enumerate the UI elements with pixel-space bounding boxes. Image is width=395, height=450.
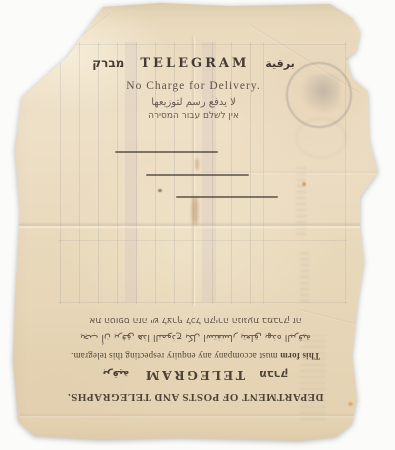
title-hebrew: מברק [92,56,124,70]
no-charge-arabic: لا يدفع رسم لتوزيعها [0,97,387,108]
form-header: מברק TELEGRAM برقية No Charge for Delive… [0,56,387,121]
enquiry-note-english-rest: must accompany any enquiry respecting th… [71,351,280,361]
writing-line [176,196,278,198]
showthrough-row-line [58,302,347,303]
ink-speck [158,189,162,192]
showthrough-row-line [58,44,347,45]
enquiry-note-hebrew: את הטופס הזה יש לצרף לכל חקירה הנוגעת במ… [28,315,363,325]
postmark-smudge [296,118,346,158]
showthrough-text-smudge [300,250,309,302]
department-line: DEPARTMENT OF POSTS AND TELEGRAPHS. [28,391,363,403]
writing-line [115,151,218,153]
title-row: מברק TELEGRAM برقية [0,56,387,71]
writing-line [146,174,249,176]
paper-shadow-wrap: מברק TELEGRAM برقية No Charge for Delive… [0,0,395,450]
minor-crease [20,413,375,418]
footer-title-hebrew: מברק [259,369,288,382]
scanned-telegram-form: מברק TELEGRAM برقية No Charge for Delive… [0,0,395,450]
no-charge-hebrew: אין לשלם עבור המסירה [0,111,387,121]
enquiry-note-english-lead: This form [280,351,320,361]
inverted-footer: DEPARTMENT OF POSTS AND TELEGRAPHS. מברק… [28,315,363,403]
stain-speck [302,182,306,186]
showthrough-row-line [58,240,347,241]
footer-title-row: מברק TELEGRAM برقية [28,369,363,384]
footer-title-english: TELEGRAM [143,369,245,384]
rust-stain [195,158,199,170]
footer-title-arabic: برقية [103,369,130,380]
title-arabic: برقية [265,57,294,70]
rust-stain [192,196,198,226]
title-english: TELEGRAM [140,56,249,71]
no-charge-english: No Charge for Delivery. [0,80,387,92]
enquiry-note-arabic: يجب أن يرفق هذا النموذج بكل استفسار يتعل… [28,333,363,344]
fold-crease [0,222,395,229]
telegram-paper: מברק TELEGRAM برقية No Charge for Delive… [0,0,395,450]
enquiry-note-english: This form must accompany any enquiry res… [28,351,363,361]
